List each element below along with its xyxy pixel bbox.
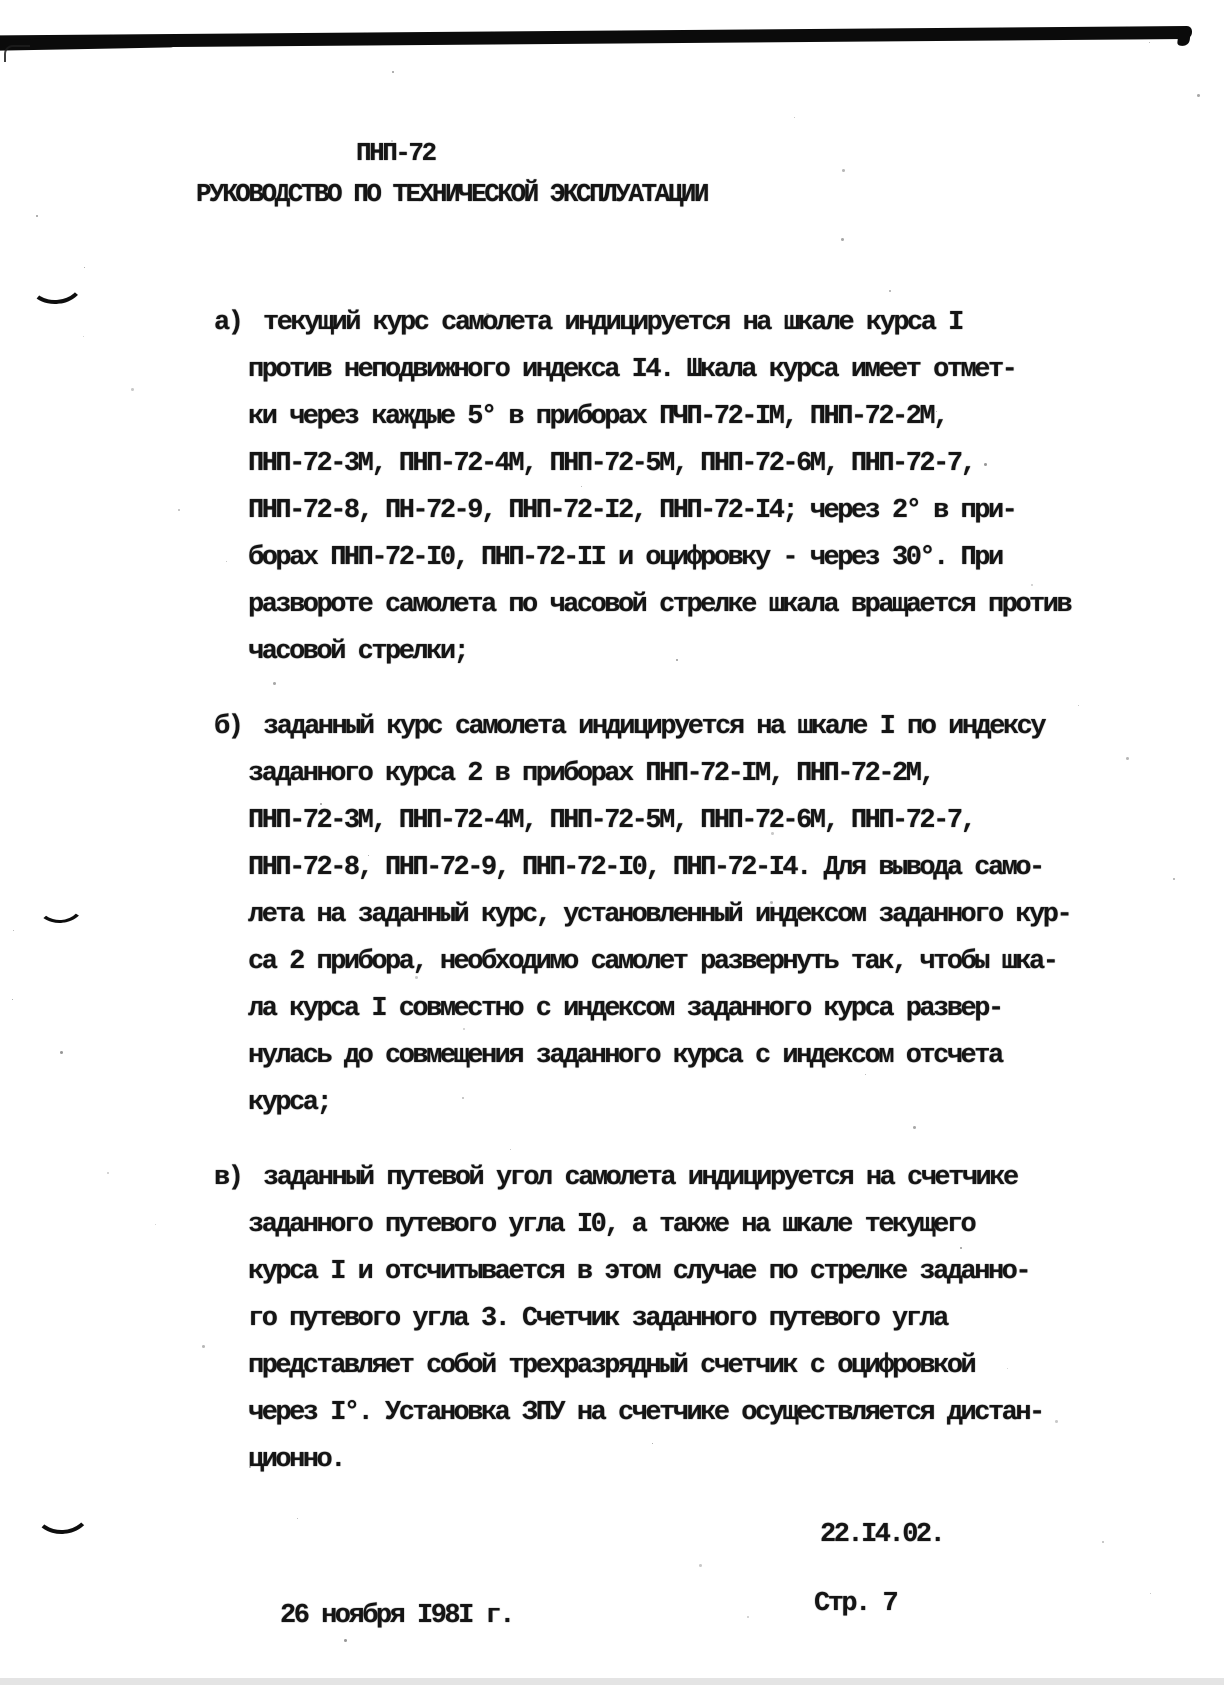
paragraph-a: а)текущий курс самолета индицируется на … [248, 300, 1128, 676]
text-line: го путевого угла 3. Счетчик заданного пу… [248, 1296, 1128, 1343]
text-line: борах ПНП-72-I0, ПНП-72-II и оцифровку -… [248, 535, 1128, 582]
noise-dot [84, 267, 85, 268]
text-line: через I°. Установка ЗПУ на счетчике осущ… [248, 1390, 1128, 1437]
noise-dot [699, 1564, 702, 1567]
text-line: курса I и отсчитывается в этом случае по… [248, 1249, 1128, 1296]
document-model-title: ПНП-72 [356, 138, 435, 168]
noise-dot [841, 238, 844, 241]
noise-dot [297, 1518, 298, 1519]
paragraph-marker: в) [214, 1155, 241, 1202]
text-line: ПНП-72-8, ПН-72-9, ПНП-72-I2, ПНП-72-I4;… [248, 488, 1128, 535]
paragraph-b: б)заданный курс самолета индицируется на… [248, 704, 1128, 1127]
page-number-label: Стр. 7 [814, 1589, 896, 1619]
text-line: заданного путевого угла I0, а также на ш… [248, 1202, 1128, 1249]
text-line: ПНП-72-3М, ПНП-72-4М, ПНП-72-5М, ПНП-72-… [248, 441, 1128, 488]
text-line: текущий курс самолета индицируется на шк… [248, 300, 1128, 347]
scanned-page: ПНП-72 РУКОВОДСТВО ПО ТЕХНИЧЕСКОЙ ЭКСПЛУ… [0, 0, 1224, 1685]
paragraph-marker: а) [214, 300, 241, 347]
noise-dot [1197, 94, 1200, 97]
noise-dot [747, 1616, 749, 1618]
noise-dot [202, 1345, 205, 1348]
document-title: РУКОВОДСТВО ПО ТЕХНИЧЕСКОЙ ЭКСПЛУАТАЦИИ [196, 179, 707, 209]
text-line: заданный путевой угол самолета индицируе… [248, 1155, 1128, 1202]
doc-reference-number: 22.I4.02. [820, 1520, 943, 1550]
noise-dot [1149, 42, 1150, 43]
binder-hole-mark [26, 258, 86, 307]
noise-dot [60, 1051, 63, 1054]
noise-dot [889, 290, 891, 292]
noise-dot [131, 388, 134, 391]
text-line: представляет собой трехразрядный счетчик… [248, 1343, 1128, 1390]
text-line: заданного курса 2 в приборах ПНП-72-IМ, … [248, 751, 1128, 798]
binder-hole-mark [32, 876, 87, 925]
text-line: ки через каждые 5° в приборах ПЧП-72-IМ,… [248, 394, 1128, 441]
document-body: а)текущий курс самолета индицируется на … [248, 300, 1128, 1484]
noise-dot [794, 117, 795, 118]
text-line: ционно. [248, 1437, 1128, 1484]
noise-dot [226, 561, 227, 562]
paragraph-v: в)заданный путевой угол самолета индицир… [248, 1155, 1128, 1484]
binder-hole-mark [32, 1485, 92, 1536]
text-line: нулась до совмещения заданного курса с и… [248, 1033, 1128, 1080]
noise-dot [107, 1172, 109, 1174]
noise-dot [392, 71, 394, 73]
text-line: лета на заданный курс, установленный инд… [248, 892, 1128, 939]
text-line: ПНП-72-8, ПНП-72-9, ПНП-72-I0, ПНП-72-I4… [248, 845, 1128, 892]
noise-dot [13, 930, 14, 931]
noise-dot [155, 1224, 156, 1225]
text-line: заданный курс самолета индицируется на ш… [248, 704, 1128, 751]
text-line: против неподвижного индекса I4. Шкала ку… [248, 347, 1128, 394]
text-line: ПНП-72-3М, ПНП-72-4М, ПНП-72-5М, ПНП-72-… [248, 798, 1128, 845]
page-corner-artifact [4, 45, 30, 62]
noise-dot [83, 336, 84, 337]
scan-edge-artifact-hook [1177, 28, 1191, 46]
text-line: са 2 прибора, необходимо самолет разверн… [248, 939, 1128, 986]
text-line: ла курса I совместно с индексом заданног… [248, 986, 1128, 1033]
scan-edge-artifact-top [0, 26, 1192, 48]
noise-dot [1173, 878, 1175, 880]
noise-dot [344, 1639, 347, 1642]
noise-dot [842, 169, 845, 172]
document-date: 26 ноября I98I г. [280, 1601, 513, 1631]
noise-dot [12, 999, 13, 1000]
noise-dot [178, 509, 180, 511]
scan-edge-artifact-bottom [0, 1678, 1224, 1685]
noise-dot [36, 215, 38, 217]
paragraph-marker: б) [214, 704, 241, 751]
noise-dot [1150, 1593, 1151, 1594]
text-line: курса; [248, 1080, 1128, 1127]
noise-dot [1102, 1541, 1104, 1543]
text-line: часовой стрелки; [248, 629, 1128, 676]
text-line: развороте самолета по часовой стрелке шк… [248, 582, 1128, 629]
